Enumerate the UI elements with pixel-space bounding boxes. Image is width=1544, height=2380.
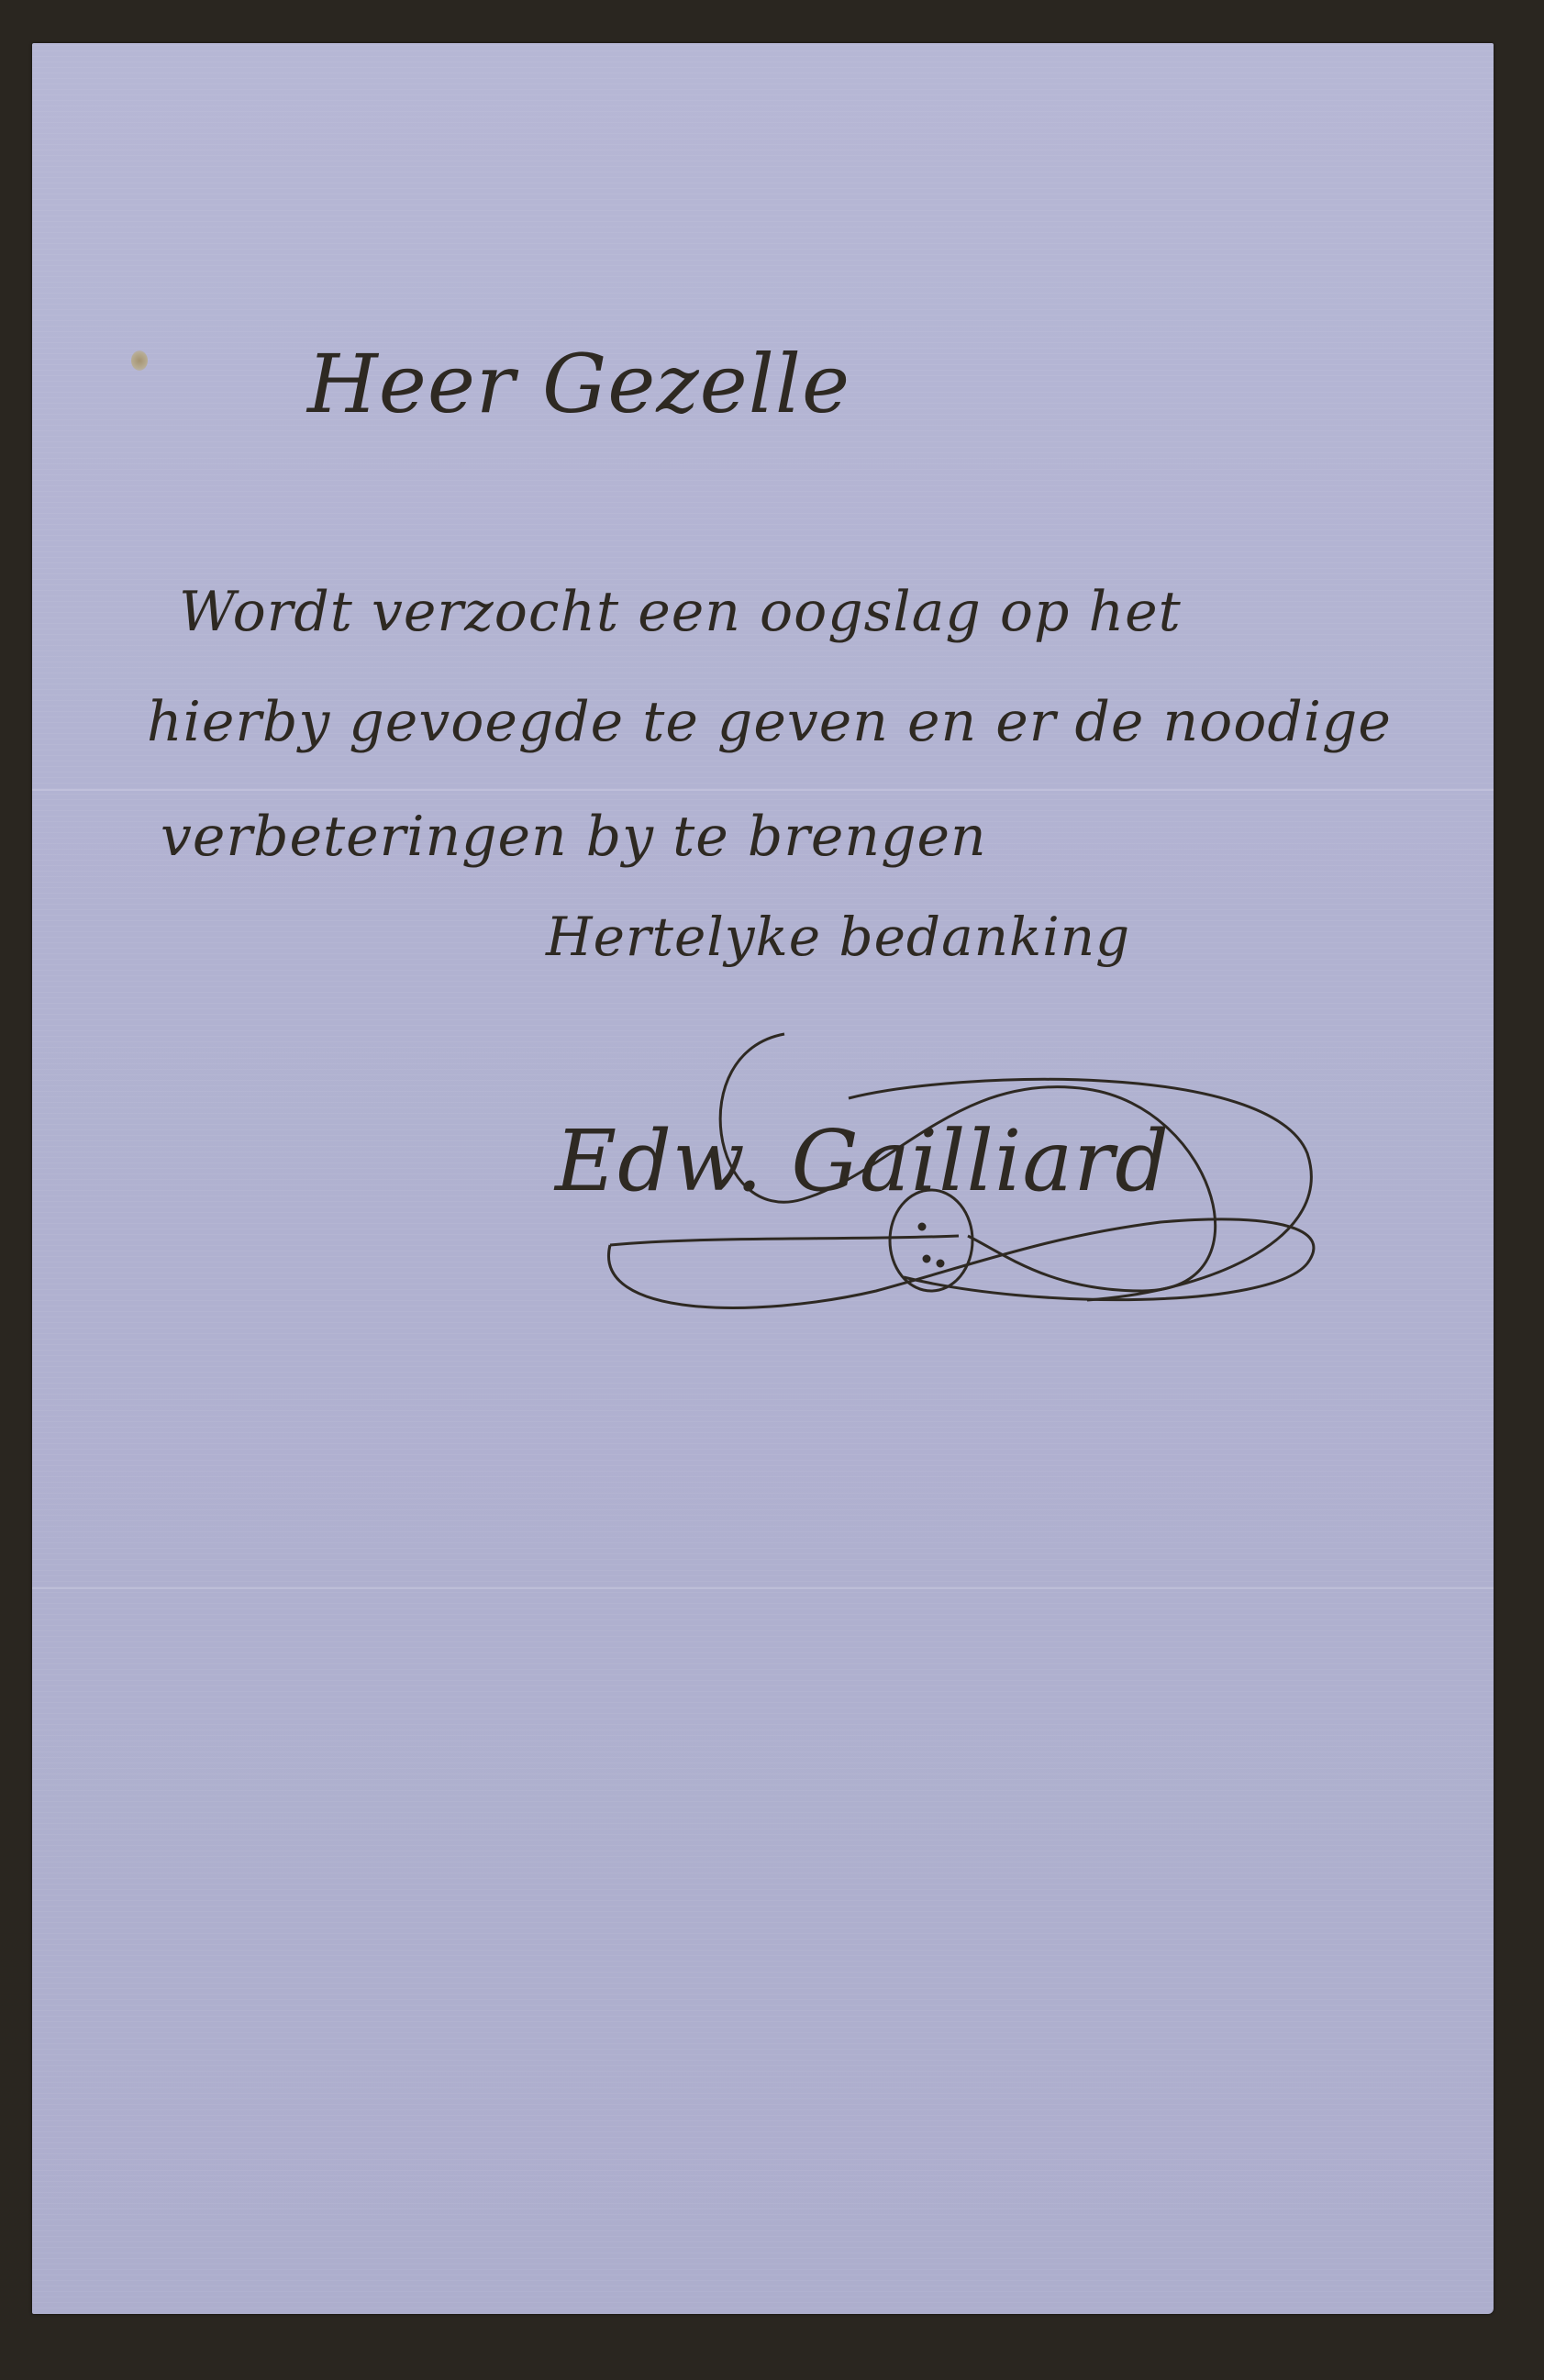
- paper-stain: [131, 350, 148, 371]
- letter-salutation: Heer Gezelle: [307, 337, 850, 431]
- paper-fold-line: [32, 789, 1494, 791]
- letter-sheet: Heer Gezelle Wordt verzocht een oogslag …: [32, 43, 1494, 2314]
- letter-signature: Edw. Gailliard: [555, 1112, 1170, 1210]
- letter-body-line: Wordt verzocht een oogslag op het: [179, 580, 1182, 644]
- letter-body-line: verbeteringen by te brengen: [161, 805, 987, 869]
- letter-closing: Hertelyke bedanking: [546, 906, 1130, 968]
- paper-fold-line: [32, 1587, 1494, 1589]
- letter-body-line: hierby gevoegde te geven en er de noodig…: [147, 690, 1392, 754]
